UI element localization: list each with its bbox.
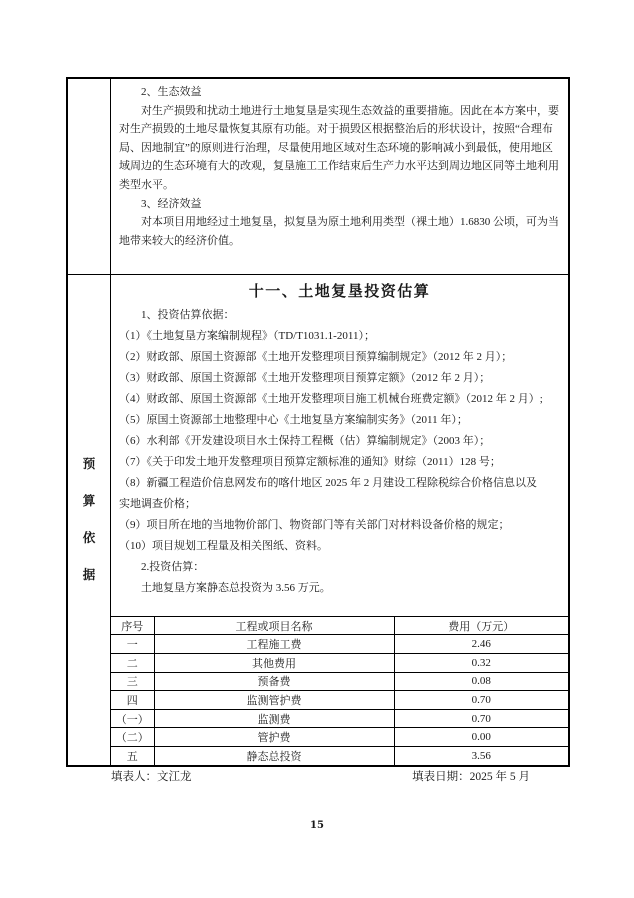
investment-text-line: （4）财政部、原国土资源部《土地开发整理项目施工机械台班费定额》（2012 年 … (119, 389, 560, 410)
benefits-text-line: 对本项目用地经过土地复垦，拟复垦为原土地利用类型（裸土地）1.6830 公顷，可… (119, 213, 560, 232)
benefits-text-line: 地带来较大的经济价值。 (119, 232, 560, 251)
benefits-label-cell (68, 79, 111, 274)
form-preparer: 填表人：文江龙 (111, 769, 192, 785)
investment-content-cell: 十一、土地复垦投资估算 1、投资估算依据：（1）《土地复垦方案编制规程》（TD/… (111, 275, 568, 765)
table-row: 二其他费用0.32 (111, 653, 568, 672)
investment-section-title: 十一、土地复垦投资估算 (119, 281, 560, 302)
investment-text-line: （2）财政部、原国土资源部《土地开发整理项目预算编制规定》（2012 年 2 月… (119, 347, 560, 368)
budget-basis-char: 预 (83, 446, 96, 483)
benefits-text-line: 类型水平。 (119, 176, 560, 195)
table-cell: 预备费 (154, 672, 394, 691)
page-number: 15 (0, 820, 634, 831)
budget-basis-char: 据 (83, 557, 96, 594)
investment-text-line: 2.投资估算： (119, 557, 560, 578)
table-cell: 监测费 (154, 709, 394, 728)
table-cell: 2.46 (394, 635, 568, 654)
table-row: （二）管护费0.00 (111, 728, 568, 747)
form-outline-table: 2、生态效益 对生产损毁和扰动土地进行土地复垦是实现生态效益的重要措施。因此在本… (66, 77, 570, 767)
investment-text-line: （7）《关于印发土地开发整理项目预算定额标准的通知》财综（2011）128 号； (119, 452, 560, 473)
table-cell: 其他费用 (154, 653, 394, 672)
table-row: 一工程施工费2.46 (111, 635, 568, 654)
benefits-content-cell: 2、生态效益 对生产损毁和扰动土地进行土地复垦是实现生态效益的重要措施。因此在本… (111, 79, 568, 274)
table-column-header: 费用（万元） (394, 616, 568, 635)
budget-basis-vertical-label: 预算依据 (83, 446, 96, 594)
table-cell: 五 (111, 746, 154, 765)
table-row: 三预备费0.08 (111, 672, 568, 691)
benefits-text-line: 域周边的生态环境有大的改观，复垦施工工作结束后生产力水平达到周边地区同等土地利用 (119, 157, 560, 176)
table-column-header: 序号 (111, 616, 154, 635)
table-column-header: 工程或项目名称 (154, 616, 394, 635)
cost-estimate-table: 序号工程或项目名称费用（万元）一工程施工费2.46二其他费用0.32三预备费0.… (111, 616, 568, 765)
table-cell: 静态总投资 (154, 746, 394, 765)
form-date: 填表日期：2025 年 5 月 (412, 769, 530, 785)
benefits-text-line: 对生产损毁的土地尽量恢复其原有功能。对于损毁区根据整治后的形状设计，按照“合理布 (119, 120, 560, 139)
budget-basis-char: 依 (83, 520, 96, 557)
table-row: （一）监测费0.70 (111, 709, 568, 728)
document-page: 2、生态效益 对生产损毁和扰动土地进行土地复垦是实现生态效益的重要措施。因此在本… (0, 0, 634, 898)
investment-text-line: 土地复垦方案静态总投资为 3.56 万元。 (119, 578, 560, 599)
table-cell: 三 (111, 672, 154, 691)
table-row: 四监测管护费0.70 (111, 691, 568, 710)
table-row: 五静态总投资3.56 (111, 746, 568, 765)
table-cell: 0.08 (394, 672, 568, 691)
table-cell: 一 (111, 635, 154, 654)
benefits-text-line: 2、生态效益 (119, 83, 560, 102)
investment-text-line: （6）水利部《开发建设项目水土保持工程概（估）算编制规定》（2003 年）； (119, 431, 560, 452)
benefits-text-line: 局、因地制宜”的原则进行治理，尽量使用地区域对生态环境的影响减小到最低，使用地区 (119, 139, 560, 158)
table-cell: 监测管护费 (154, 691, 394, 710)
benefits-text-line: 对生产损毁和扰动土地进行土地复垦是实现生态效益的重要措施。因此在本方案中，要 (119, 102, 560, 121)
benefits-text-block: 2、生态效益 对生产损毁和扰动土地进行土地复垦是实现生态效益的重要措施。因此在本… (119, 83, 560, 250)
form-row-investment: 预算依据 十一、土地复垦投资估算 1、投资估算依据：（1）《土地复垦方案编制规程… (68, 274, 568, 765)
table-cell: 二 (111, 653, 154, 672)
investment-text-line: （3）财政部、原国土资源部《土地开发整理项目预算定额》（2012 年 2 月）； (119, 368, 560, 389)
investment-text-line: 实地调查价格； (119, 494, 560, 515)
table-cell: 0.32 (394, 653, 568, 672)
table-header-row: 序号工程或项目名称费用（万元） (111, 616, 568, 635)
table-cell: 0.70 (394, 709, 568, 728)
table-cell: 0.00 (394, 728, 568, 747)
table-cell: 四 (111, 691, 154, 710)
investment-text-line: （8）新疆工程造价信息网发布的喀什地区 2025 年 2 月建设工程除税综合价格… (119, 473, 560, 494)
investment-text-line: 1、投资估算依据： (119, 305, 560, 326)
table-cell: 0.70 (394, 691, 568, 710)
investment-text-line: （5）原国土资源部土地整理中心《土地复垦方案编制实务》（2011 年）； (119, 410, 560, 431)
table-cell: （一） (111, 709, 154, 728)
budget-basis-label-cell: 预算依据 (68, 275, 111, 765)
investment-text-block: 1、投资估算依据：（1）《土地复垦方案编制规程》（TD/T1031.1-2011… (119, 305, 560, 599)
table-cell: 管护费 (154, 728, 394, 747)
table-cell: （二） (111, 728, 154, 747)
investment-text-line: （1）《土地复垦方案编制规程》（TD/T1031.1-2011）； (119, 326, 560, 347)
investment-text-line: （10）项目规划工程量及相关图纸、资料。 (119, 536, 560, 557)
form-row-benefits: 2、生态效益 对生产损毁和扰动土地进行土地复垦是实现生态效益的重要措施。因此在本… (68, 79, 568, 274)
investment-text-line: （9）项目所在地的当地物价部门、物资部门等有关部门对材料设备价格的规定； (119, 515, 560, 536)
form-footer: 填表人：文江龙 填表日期：2025 年 5 月 (66, 769, 570, 785)
benefits-text-line: 3、经济效益 (119, 195, 560, 214)
budget-basis-char: 算 (83, 483, 96, 520)
table-cell: 工程施工费 (154, 635, 394, 654)
table-cell: 3.56 (394, 746, 568, 765)
